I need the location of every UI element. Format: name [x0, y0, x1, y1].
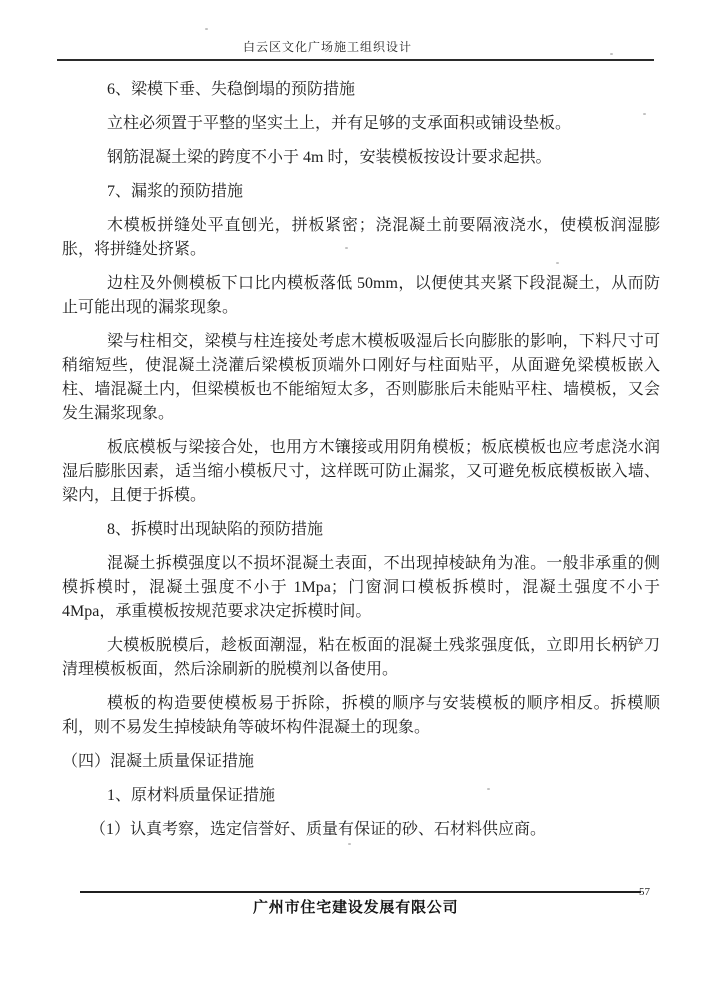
paragraph: 板底模板与梁接合处，也用方木镶接或用阴角模板；板底模板也应考虑浇水润湿后膨胀因素…	[62, 436, 660, 508]
header-rule	[57, 59, 654, 61]
paragraph: 模板的构造要使模板易于拆除，拆模的顺序与安装模板的顺序相反。拆模顺利，则不易发生…	[62, 692, 660, 740]
document-body: 6、梁模下垂、失稳倒塌的预防措施立柱必须置于平整的坚实土上，并有足够的支承面积或…	[62, 78, 660, 842]
scan-speck	[556, 262, 559, 264]
footer-rule	[80, 891, 641, 893]
scan-speck	[610, 53, 613, 55]
scan-speck	[643, 113, 646, 115]
scan-speck	[348, 843, 351, 845]
paragraph: （1）认真考察，选定信誉好、质量有保证的砂、石材料供应商。	[62, 818, 660, 842]
document-page: 白云区文化广场施工组织设计 6、梁模下垂、失稳倒塌的预防措施立柱必须置于平整的坚…	[0, 0, 718, 988]
section-heading: 1、原材料质量保证措施	[62, 784, 660, 808]
scan-speck	[205, 28, 208, 30]
paragraph: 混凝土拆模强度以不损坏混凝土表面，不出现掉棱缺角为准。一般非承重的侧模拆模时，混…	[62, 552, 660, 624]
footer-company: 广州市住宅建设发展有限公司	[253, 896, 458, 917]
paragraph: 木模板拼缝处平直刨光，拼板紧密；浇混凝土前要隔液浇水，使模板润湿膨胀，将拼缝处挤…	[62, 214, 660, 262]
paragraph: 立柱必须置于平整的坚实土上，并有足够的支承面积或铺设垫板。	[62, 112, 660, 136]
page-number: 57	[639, 886, 650, 898]
paragraph: 边柱及外侧模板下口比内模板落低 50mm，以便使其夹紧下段混凝土，从而防止可能出…	[62, 272, 660, 320]
scan-speck	[487, 788, 490, 790]
paragraph: 梁与柱相交，梁模与柱连接处考虑木模板吸湿后长向膨胀的影响，下料尺寸可稍缩短些，使…	[62, 330, 660, 426]
paragraph: 大模板脱模后，趁板面潮湿，粘在板面的混凝土残浆强度低，立即用长柄铲刀清理模板板面…	[62, 634, 660, 682]
header-title: 白云区文化广场施工组织设计	[243, 38, 412, 55]
section-heading: 7、漏浆的预防措施	[62, 180, 660, 204]
scan-speck	[345, 247, 348, 249]
section-heading: 8、拆模时出现缺陷的预防措施	[62, 518, 660, 542]
paragraph: 钢筋混凝土梁的跨度不小于 4m 时，安装模板按设计要求起拱。	[62, 146, 660, 170]
chapter-heading: （四）混凝土质量保证措施	[62, 750, 660, 774]
scan-speck	[613, 452, 616, 454]
section-heading: 6、梁模下垂、失稳倒塌的预防措施	[62, 78, 660, 102]
